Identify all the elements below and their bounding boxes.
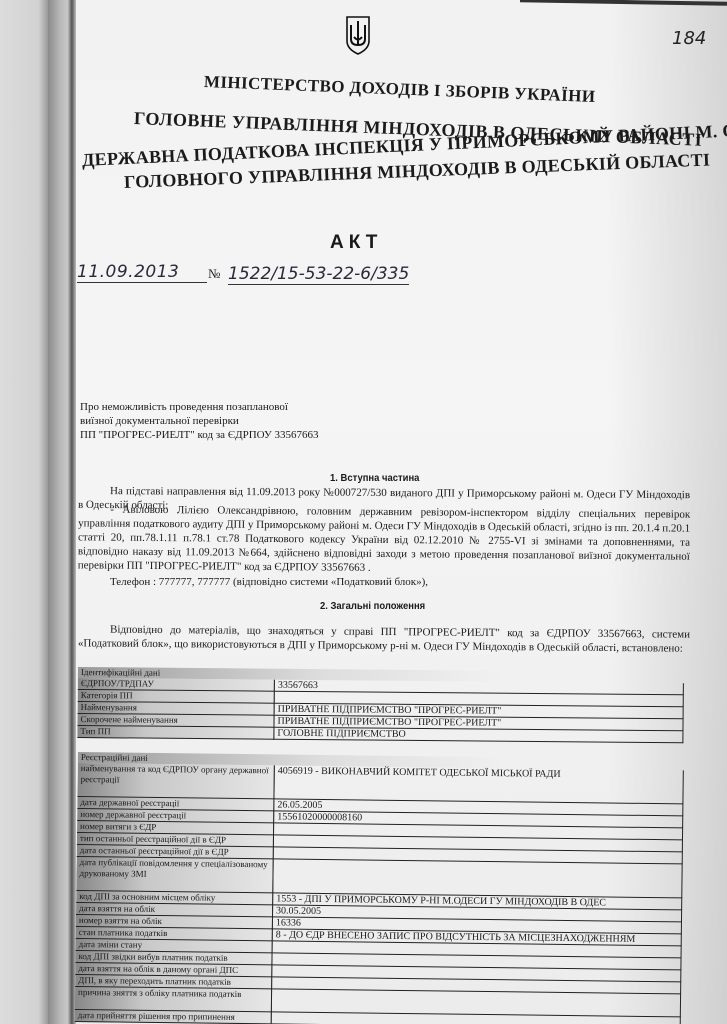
section-1-title: 1. Вступна частина (330, 472, 419, 484)
trident-coat-of-arms-icon (345, 15, 371, 55)
general-paragraph: Відповідно до матеріалів, що знаходяться… (78, 622, 690, 655)
subject-line-2: виїзної документальної перевірки (80, 414, 319, 428)
row-label: Тип ПП (77, 725, 274, 739)
row-label: найменування та код ЄДРПОУ органу держав… (77, 763, 274, 799)
row-label: ЄДРПОУ/ТРДПАУ (78, 678, 275, 691)
act-subject: Про неможливість проведення позапланової… (80, 400, 319, 442)
row-label: причина зняття з обліку платника податкі… (75, 986, 272, 1011)
identification-table: Ідентифікаційні даніЄДРПОУ/ТРДПАУ3356766… (77, 667, 684, 743)
row-value: 4056919 - ВИКОНАВЧИЙ КОМІТЕТ ОДЕСЬКОЇ МІ… (274, 765, 683, 803)
general-text: Відповідно до матеріалів, що знаходяться… (78, 624, 690, 655)
subject-line-1: Про неможливість проведення позапланової (80, 400, 319, 414)
registration-table: Реєстраційні данінайменування та код ЄДР… (75, 752, 684, 1024)
page-number: 184 (672, 28, 706, 49)
row-label: Найменування (78, 701, 275, 715)
inspector-text: - Авіловою Лілією Олександрівною, головн… (78, 504, 691, 574)
inspector-paragraph: - Авіловою Лілією Олександрівною, головн… (78, 502, 691, 577)
act-date: 11.09.2013 (77, 262, 207, 283)
act-title: АКТ (330, 232, 382, 254)
row-label: Категорія ПП (78, 689, 275, 703)
phone-line: Телефон : 777777, 777777 (відповідно сис… (110, 575, 722, 589)
row-value (273, 859, 682, 898)
scan-background (0, 0, 48, 1024)
act-number: 1522/15-53-22-6/335 (228, 264, 409, 284)
row-label: дата прийняття рішення про припинення (75, 1009, 272, 1023)
row-label: Скорочене найменування (77, 713, 274, 727)
subject-line-3: ПП "ПРОГРЕС-РИЕЛТ" код за ЄДРПОУ 3356766… (80, 428, 319, 442)
act-number-sign: № (208, 266, 220, 282)
document-binding (48, 0, 76, 1024)
act-number-value: 1522/15-53-22-6/335 (228, 264, 409, 285)
row-label: дата публікації повідомлення у спеціаліз… (76, 856, 273, 892)
section-2-title: 2. Загальні положення (320, 600, 425, 612)
